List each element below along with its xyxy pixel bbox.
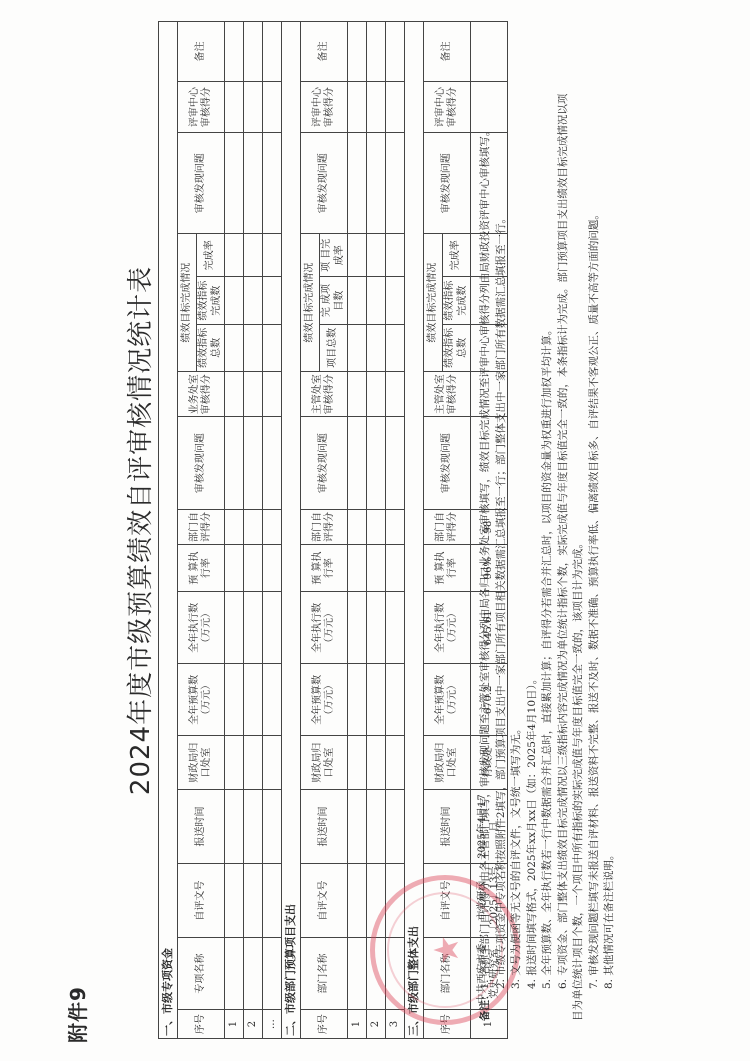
notes-label: 备注： <box>479 990 491 1022</box>
col-office-score: 主管处室审核得分 <box>301 372 348 417</box>
col-perf-total: 绩效指标总数 <box>443 324 471 371</box>
notes-block: 备注：1. 名称至部门自评得分由各主管部门填写，审核发现问题至主管处室审核得分列… <box>478 31 618 1021</box>
col-exec-rate: 预 算执行率 <box>424 544 471 591</box>
col-perf-done: 完 成项目数 <box>320 277 348 324</box>
document-page: 附件9 2024年度市级预算绩效自评审核情况统计表 一、市级专项资金 序号 专项… <box>0 0 750 1061</box>
attachment-label: 附件9 <box>62 986 91 1043</box>
col-remark: 备注 <box>424 22 471 82</box>
col-seq: 序号 <box>301 1010 348 1039</box>
col-fin-office: 财政局归口处室 <box>178 736 225 790</box>
section2-title: 二、市级部门预算项目支出 <box>282 22 301 1039</box>
col-issues: 审核发现问题 <box>178 417 225 510</box>
col-dept-score: 部门自评得分 <box>424 509 471 544</box>
col-executed: 全年执行数（万元） <box>178 592 225 664</box>
col-dept-score: 部门自评得分 <box>178 509 225 544</box>
note-line-2: 2. 市级专项资金中专项名称按照附件2填写，部门预算项目支出中一家部门所有项目相… <box>494 31 510 1021</box>
col-center-issues: 审核发现问题 <box>424 133 471 234</box>
table-row: … <box>263 22 282 1039</box>
note-line-6: 6. 专项资金、部门整体支出绩效目标完成情况以三级指标内容完成情况为单位统计指标… <box>556 31 572 1021</box>
col-fin-office: 财政局归口处室 <box>301 736 348 790</box>
note-line-7: 7. 审核发现问题栏填写未报送自评材料、报送资料不完整、报送不及时、数据不准确、… <box>587 31 603 1021</box>
table-row: 1 <box>348 22 367 1039</box>
col-exec-rate: 预 算执行率 <box>178 544 225 591</box>
col-exec-rate: 预 算执行率 <box>301 544 348 591</box>
note-line-6-cont: 目为单位统计项目个数，一个项目中所有指标的实际完成值与年度目标值完全一致的，该项… <box>571 31 587 1021</box>
col-doc-no: 自评文号 <box>178 864 225 938</box>
col-center-score: 评审中心审核得分 <box>424 81 471 132</box>
col-perf-done: 绩效指标完成数 <box>443 277 471 324</box>
note-line-3: 3. 文号为便函等无文号的自评文件，文号统一填写为无。 <box>509 31 525 1021</box>
col-name: 部门名称 <box>301 938 348 1010</box>
col-perf-group: 绩效目标完成情况 <box>178 234 197 372</box>
page-title: 2024年度市级预算绩效自评审核情况统计表 <box>120 0 157 1061</box>
seal-star-icon: ★ <box>427 880 467 1020</box>
col-office-score: 主管处室审核得分 <box>424 372 471 417</box>
col-executed: 全年执行数（万元） <box>301 592 348 664</box>
col-perf-done: 绩效指标完成数 <box>197 277 225 324</box>
col-budget: 全年预算数（万元） <box>424 664 471 736</box>
col-executed: 全年执行数（万元） <box>424 592 471 664</box>
col-submit-time: 报送时间 <box>178 789 225 863</box>
col-doc-no: 自评文号 <box>301 864 348 938</box>
col-budget: 全年预算数（万元） <box>178 664 225 736</box>
note-line-1: 备注：1. 名称至部门自评得分由各主管部门填写，审核发现问题至主管处室审核得分列… <box>478 31 494 1021</box>
table-row: 3 <box>386 22 405 1039</box>
table-row: 2 <box>367 22 386 1039</box>
col-remark: 备注 <box>178 22 225 82</box>
col-submit-time: 报送时间 <box>424 789 471 863</box>
col-center-score: 评审中心审核得分 <box>178 81 225 132</box>
col-remark: 备注 <box>301 22 348 82</box>
col-perf-total: 项目总数 <box>320 324 348 371</box>
section1-title: 一、市级专项资金 <box>159 22 178 1039</box>
note-line-5: 5. 全年预算数、全年执行数若一行中数据需合并汇总时，直接累加计算；自评得分若需… <box>540 31 556 1021</box>
col-center-issues: 审核发现问题 <box>178 133 225 234</box>
col-perf-rate: 项 目完成率 <box>320 234 348 277</box>
col-center-issues: 审核发现问题 <box>301 133 348 234</box>
col-perf-group: 绩效目标完成情况 <box>301 234 320 372</box>
col-fin-office: 财政局归口处室 <box>424 736 471 790</box>
table-row: 2 <box>244 22 263 1039</box>
note-line-4: 4. 报送时间填写格式，2025年xx月xx日（如：2025年4月10日）。 <box>525 31 541 1021</box>
table-row: 1 <box>225 22 244 1039</box>
col-seq: 序号 <box>178 1010 225 1039</box>
col-dept-score: 部门自评得分 <box>301 509 348 544</box>
col-office-score: 业务处室审核得分 <box>178 372 225 417</box>
col-center-score: 评审中心审核得分 <box>301 81 348 132</box>
note-line-8: 8. 其他情况可在备注栏说明。 <box>602 31 618 1021</box>
col-name: 专项名称 <box>178 938 225 1010</box>
col-submit-time: 报送时间 <box>301 789 348 863</box>
col-perf-rate: 完成率 <box>197 234 225 277</box>
col-issues: 审核发现问题 <box>301 417 348 510</box>
col-perf-group: 绩效目标完成情况 <box>424 234 443 372</box>
col-budget: 全年预算数（万元） <box>301 664 348 736</box>
col-perf-total: 绩效指标总数 <box>197 324 225 371</box>
col-issues: 审核发现问题 <box>424 417 471 510</box>
col-perf-rate: 完成率 <box>443 234 471 277</box>
